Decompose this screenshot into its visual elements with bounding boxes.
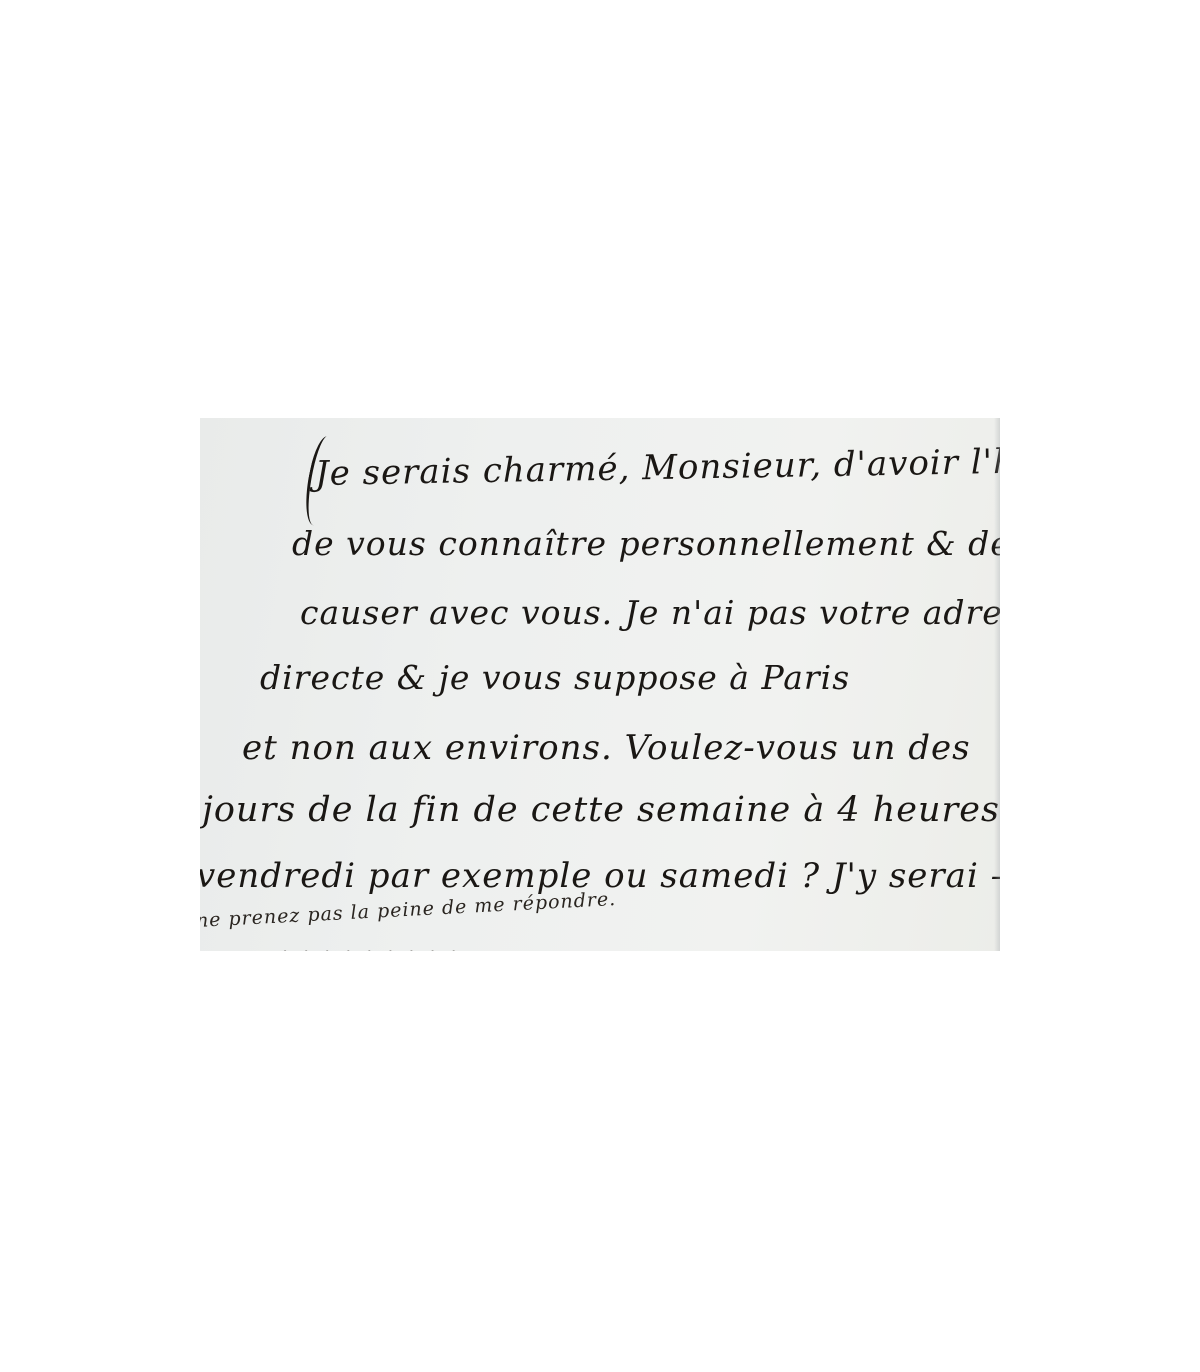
letter-line-6: jours de la fin de cette semaine à 4 heu… [202,790,1000,830]
letter-photo: Je serais charmé, Monsieur, d'avoir l'ho… [200,418,1000,951]
letter-line-2: de vous connaître personnellement & de [292,524,1000,563]
letter-line-1: Je serais charmé, Monsieur, d'avoir l'ho… [315,440,1000,494]
letter-line-cut-off: · · · · · · · · · [280,936,459,951]
letter-line-5: et non aux environs. Voulez-vous un des [242,728,971,768]
letter-line-4: directe & je vous suppose à Paris [260,658,850,697]
letter-line-3: causer avec vous. Je n'ai pas votre adre… [300,593,1000,632]
